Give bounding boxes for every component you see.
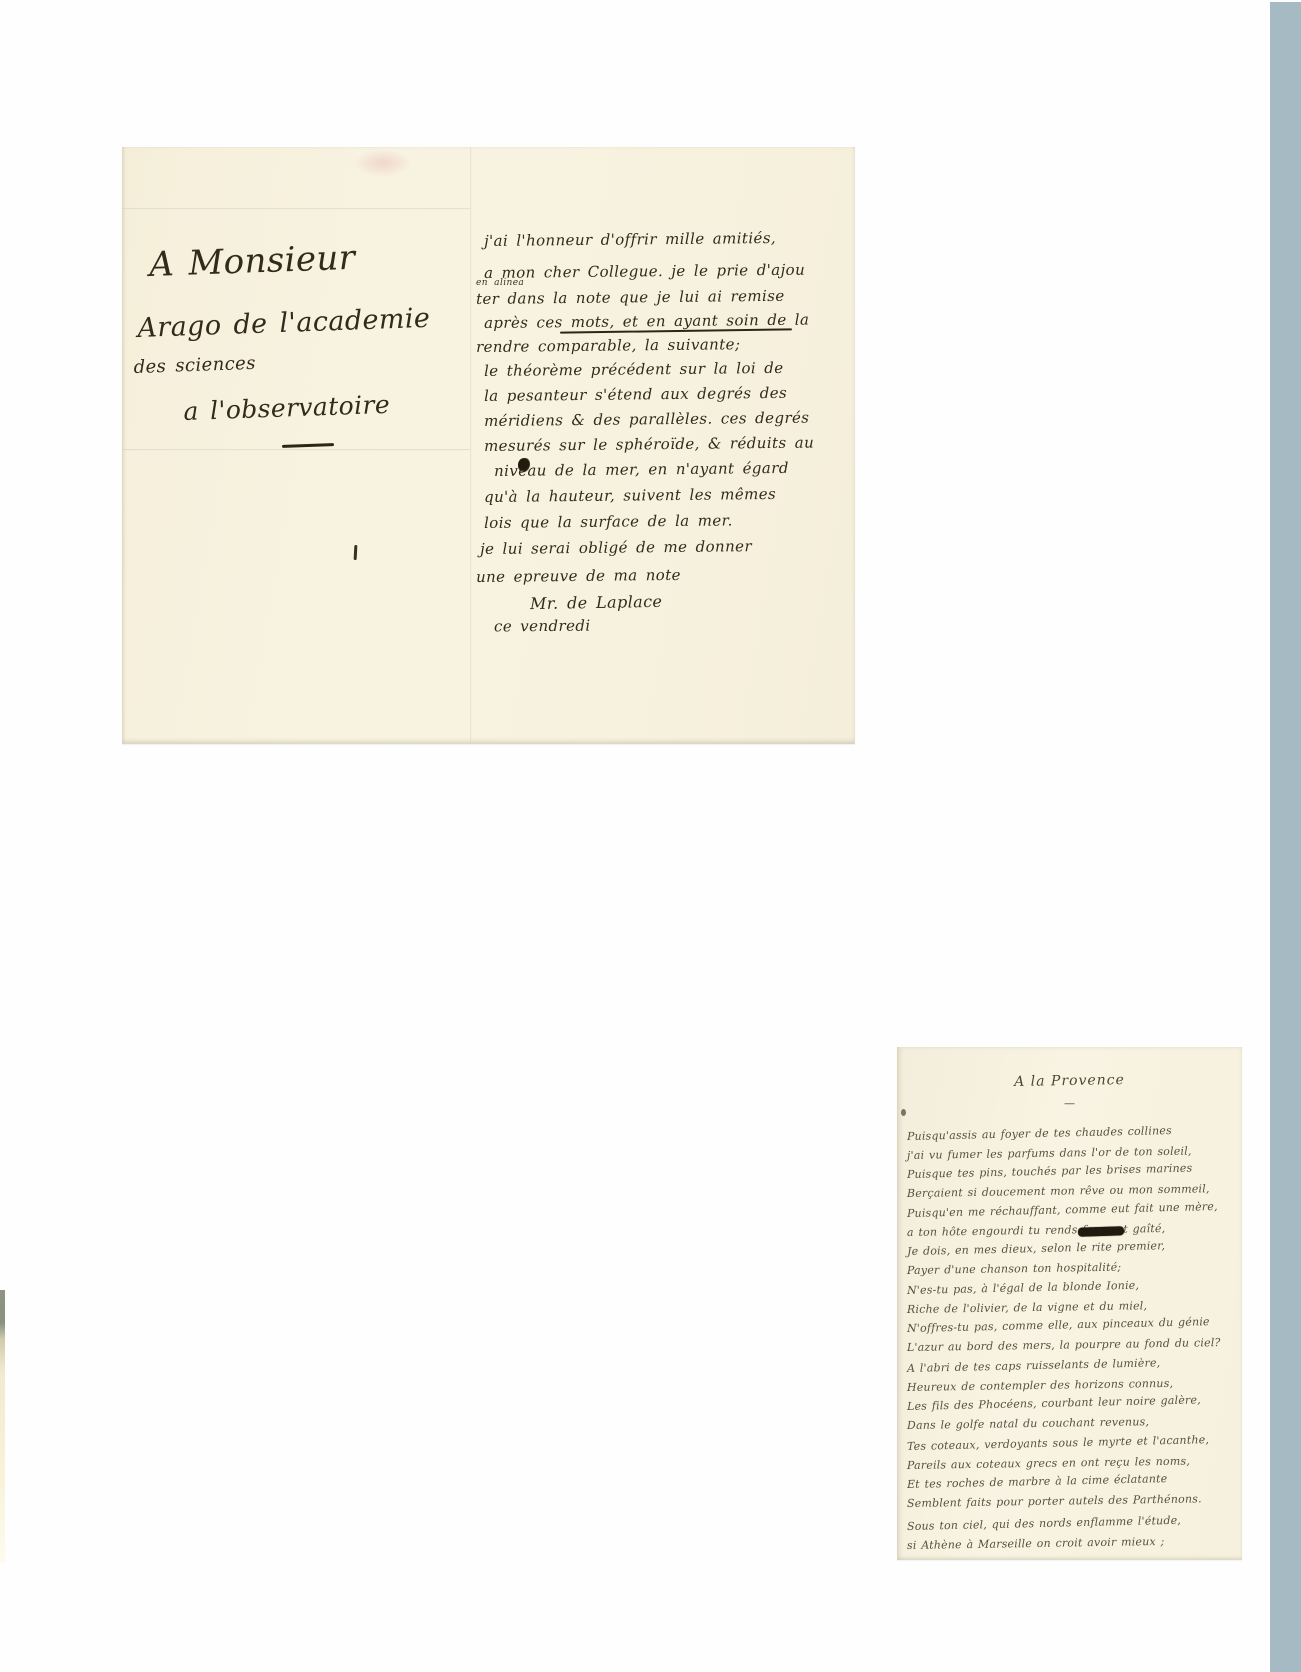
address-line-2: Arago de l'academie (137, 303, 431, 344)
letter-line: après ces mots, et en ayant soin de la (484, 310, 855, 332)
letter-line: j'ai l'honneur d'offrir mille amitiés, (484, 228, 855, 250)
letter-line: la pesanteur s'étend aux degrés des (484, 383, 855, 405)
poem-stanza-3: N'es-tu pas, à l'égal de la blonde Ionie… (907, 1281, 1242, 1357)
poem-title-flourish: — (897, 1097, 1242, 1110)
poem-stanza-2: Puisqu'en me réchauffant, comme eut fait… (907, 1204, 1242, 1280)
letter-line: niveau de la mer, en n'ayant égard (494, 458, 855, 480)
address-underline-stroke (282, 443, 334, 448)
letter-line: le théorème précédent sur la loi de (484, 358, 855, 380)
letter-line: ter dans la note que je lui ai remise (476, 286, 855, 308)
poem-stanza-5: Tes coteaux, verdoyants sous le myrte et… (907, 1437, 1242, 1513)
letter-line: a mon cher Collegue. je le prie d'ajou (484, 260, 855, 282)
paper-smudge (354, 149, 412, 177)
poem-stanza-4: A l'abri de tes caps ruisselants de lumi… (907, 1359, 1242, 1435)
fold-crease-vertical (470, 147, 472, 744)
address-line-4: a l'observatoire (183, 390, 391, 426)
ink-tick-mark (354, 545, 358, 560)
catalog-page: A Monsieur Arago de l'academie des scien… (0, 0, 1301, 1672)
letter-scan-image: A Monsieur Arago de l'academie des scien… (122, 147, 855, 744)
poem-line: Semblent faits pour porter autels des Pa… (907, 1489, 1242, 1513)
letter-line: mesurés sur le sphéroïde, & réduits au (484, 433, 855, 455)
address-line-3: des sciences (133, 353, 256, 378)
fold-crease-horizontal (122, 208, 470, 210)
left-edge-fragment (0, 1290, 5, 1563)
scratched-out-word (1078, 1226, 1124, 1237)
poem-scan-image: A la Provence — Puisqu'assis au foyer de… (897, 1047, 1242, 1560)
poem-stanza-6: Sous ton ciel, qui des nords enflamme l'… (907, 1517, 1242, 1555)
letter-line: lois que la surface de la mer. (484, 510, 855, 532)
letter-signature: Mr. de Laplace (530, 592, 663, 613)
letter-dateline: ce vendredi (494, 617, 591, 636)
letter-line: méridiens & des parallèles. ces degrés (484, 408, 855, 430)
paper-speck (901, 1109, 906, 1116)
letter-line: je lui serai obligé de me donner (480, 536, 855, 558)
fold-crease-horizontal (122, 449, 470, 451)
letter-line: une epreuve de ma note (476, 564, 855, 586)
letter-line: rendre comparable, la suivante; (476, 334, 855, 356)
poem-title: A la Provence (897, 1070, 1242, 1092)
address-line-1: A Monsieur (149, 238, 356, 285)
letter-line: qu'à la hauteur, suivent les mêmes (484, 484, 855, 506)
poem-stanza-1: Puisqu'assis au foyer de tes chaudes col… (907, 1127, 1242, 1203)
right-accent-bar (1270, 2, 1301, 1672)
poem-line: si Athène à Marseille on croit avoir mie… (907, 1531, 1242, 1555)
